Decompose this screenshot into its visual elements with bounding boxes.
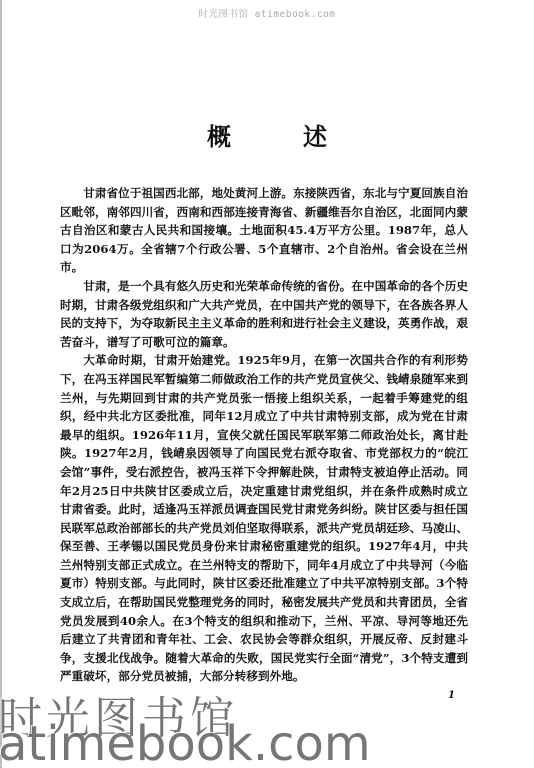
page-title-char-1: 概 [207,117,231,152]
page-left-edge [0,0,2,768]
paragraph-party-founding: 大革命时期，甘肃开始建党。1925年9月，在第一次国共合作的有利形势下，在冯玉祥… [60,351,468,686]
top-watermark: 时光图书馆 atimebook.com [0,6,534,20]
page-number: 1 [448,690,455,701]
page-title-char-2: 述 [303,117,327,152]
watermark-overlay-en: atimebook.com [0,716,371,768]
body-text: 甘肃省位于祖国西北部，地处黄河上游。东接陕西省，东北与宁夏回族自治区毗邻，南邻四… [60,184,468,686]
paragraph-geography: 甘肃省位于祖国西北部，地处黄河上游。东接陕西省，东北与宁夏回族自治区毗邻，南邻四… [60,184,468,277]
page-title: 概述 [0,117,534,152]
paragraph-revolutionary-tradition: 甘肃，是一个具有悠久历史和光荣革命传统的省份。在中国革命的各个历史时期，甘肃各级… [60,277,468,351]
